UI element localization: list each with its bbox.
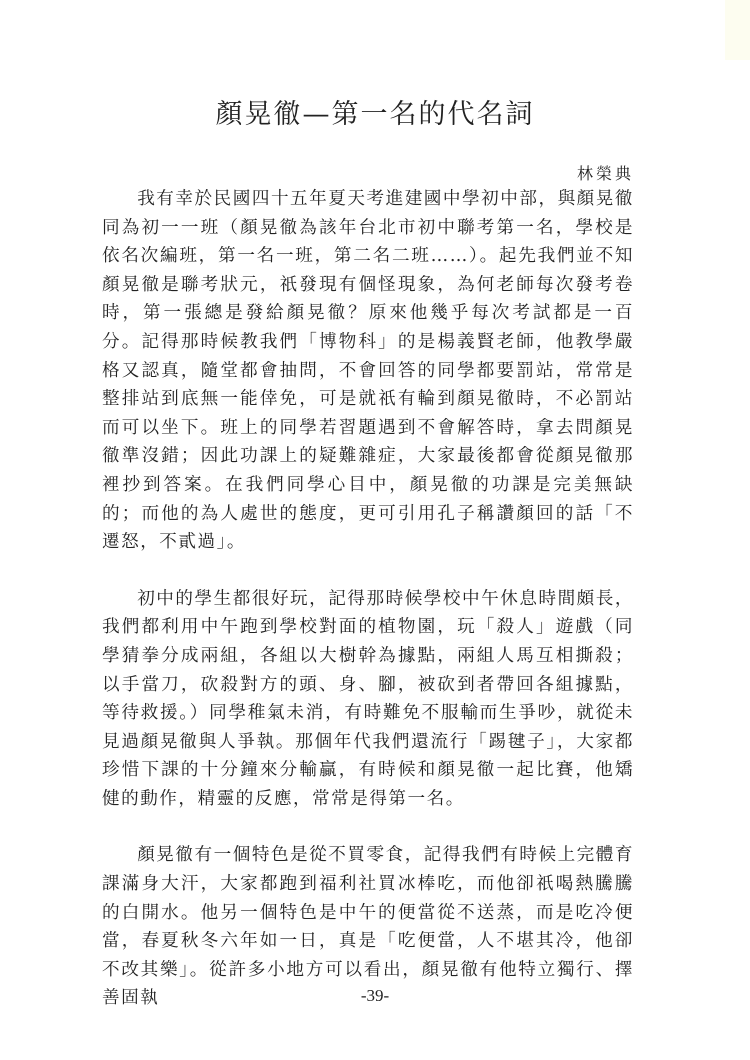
page-number: -39- xyxy=(0,986,750,1006)
paragraph-1: 我有幸於民國四十五年夏天考進建國中學初中部，與顏晃徹同為初一一班（顏晃徹為該年台… xyxy=(102,185,634,557)
paragraph-2: 初中的學生都很好玩，記得那時候學校中午休息時間頗長，我們都利用中午跑到學校對面的… xyxy=(102,585,634,814)
author-name: 林榮典 xyxy=(577,161,634,184)
article-body: 我有幸於民國四十五年夏天考進建國中學初中部，與顏晃徹同為初一一班（顏晃徹為該年台… xyxy=(102,185,634,1013)
scan-corner-mark xyxy=(725,0,750,60)
page-title: 顏晃徹—第一名的代名詞 xyxy=(0,92,750,131)
